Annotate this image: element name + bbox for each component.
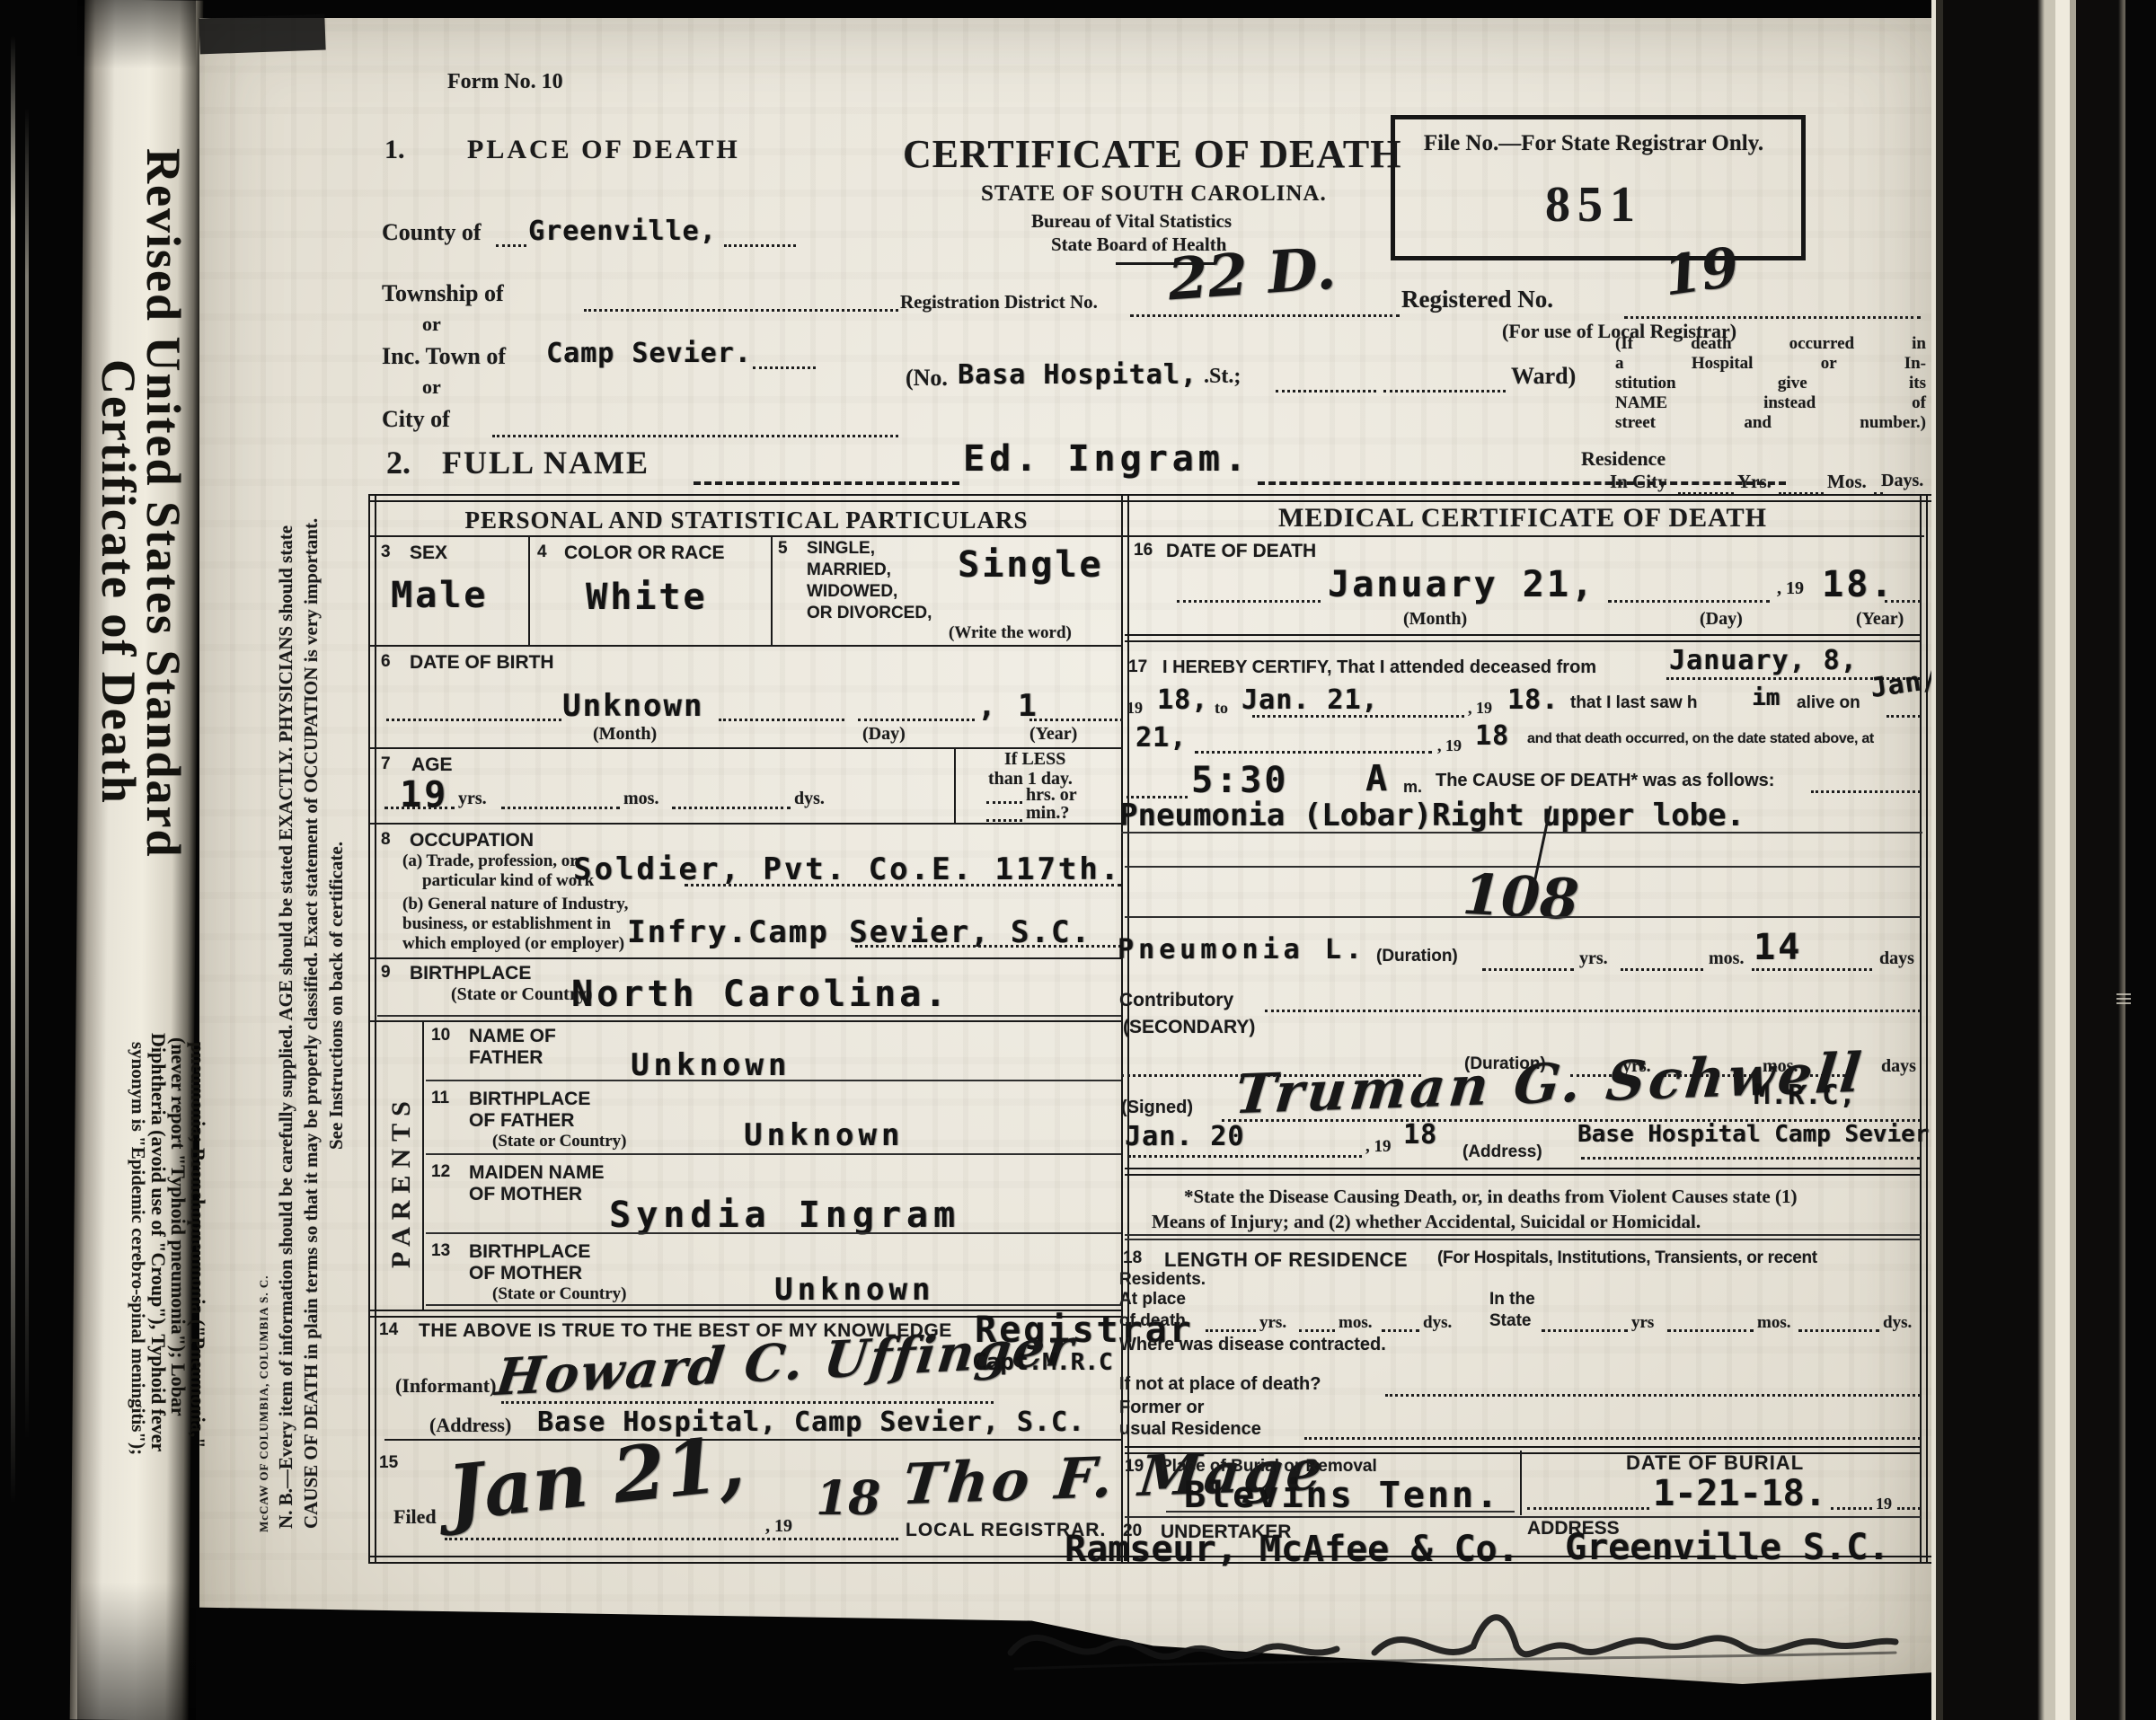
printer-credit: McCAW OF COLUMBIA, COLUMBIA S. C. (257, 1275, 271, 1532)
certify-year1-value: 18, (1157, 684, 1208, 716)
rule (1125, 1516, 1921, 1518)
parents-label: PARENTS (386, 1094, 417, 1268)
county-value: Greenville, (528, 216, 717, 247)
rule (370, 823, 1123, 825)
burial-label: Place of Burial or Removal (1161, 1457, 1377, 1477)
scan-streak (25, 108, 29, 1509)
time-A-value: A (1365, 758, 1390, 799)
age-less-line1: If LESS (1004, 749, 1065, 770)
mother-name-label1: MAIDEN NAME (469, 1162, 605, 1184)
father-name-value: Unknown (631, 1047, 791, 1083)
dotted-leader (384, 807, 455, 809)
mother-name-value: Syndia Ingram (609, 1195, 960, 1236)
certify-lastsaw-printed: that I last saw h (1570, 693, 1697, 713)
cause-value: Pneumonia (Lobar)Right upper lobe. (1119, 798, 1745, 834)
entry-underline (426, 1153, 1121, 1155)
at-place-dys: dys. (1423, 1313, 1452, 1333)
county-label: County of (382, 219, 482, 246)
father-name-number: 10 (431, 1026, 450, 1045)
former-label1: Former or (1119, 1398, 1204, 1418)
marital-option-married: MARRIED, (807, 560, 891, 580)
residence-days-label: Days. (1881, 471, 1923, 491)
at-place-label1: At place (1119, 1290, 1186, 1310)
filed-year-script: 18 (816, 1471, 880, 1526)
dotted-leader (1385, 1394, 1921, 1397)
entry-underline (1121, 832, 1922, 834)
cell-divider (528, 537, 530, 645)
item1-title: PLACE OF DEATH (467, 135, 740, 165)
father-bp-label1: BIRTHPLACE (469, 1089, 590, 1110)
filed-19-printed: , 19 (765, 1516, 792, 1537)
father-name-label2: FATHER (469, 1047, 543, 1069)
dotted-leader (1608, 600, 1770, 603)
parents-inner-border (422, 1020, 424, 1310)
marital-write-note: (Write the word) (949, 623, 1072, 643)
undertaker-address-value: Greenville S.C. (1565, 1527, 1889, 1568)
inc-town-value: Camp Sevier. (546, 338, 752, 369)
certify-day3-value: 21, (1135, 722, 1187, 754)
rule (1125, 1234, 1921, 1236)
registration-district-label: Registration District No. (900, 291, 1098, 313)
footnote-line2: Means of Injury; and (2) whether Acciden… (1152, 1211, 1701, 1233)
dob-label: DATE OF BIRTH (410, 652, 554, 674)
marital-option-widowed: WIDOWED, (807, 582, 897, 602)
duration-label: (Duration) (1376, 947, 1458, 966)
undertaker-value: Ramseur, McAfee & Co. (1065, 1529, 1519, 1570)
left-border (368, 496, 376, 1562)
occupation-number: 8 (381, 830, 391, 850)
father-bp-value: Unknown (744, 1117, 904, 1153)
occupation-b-label3: which employed (or employer) (402, 934, 624, 954)
in-the-label: In the (1489, 1290, 1535, 1310)
dotted-leader (753, 366, 816, 369)
personal-title: PERSONAL AND STATISTICAL PARTICULARS (370, 507, 1123, 534)
dotted-leader (1886, 715, 1921, 718)
burial-date-label: DATE OF BURIAL (1626, 1451, 1804, 1475)
dotted-leader (1811, 790, 1921, 793)
certify-19-printed: 19 (1127, 699, 1143, 718)
sex-number: 3 (381, 542, 391, 562)
dotted-leader (724, 244, 796, 247)
duration2-days-label: days (1881, 1056, 1916, 1077)
dod-day-caption: (Day) (1700, 609, 1743, 630)
right-border (1920, 496, 1928, 1562)
dotted-leader (1128, 1155, 1362, 1158)
signed-address-value: Base Hospital Camp Sevier (1577, 1121, 1929, 1148)
dotted-leader (1130, 314, 1400, 317)
illegible-handwriting (988, 1597, 1922, 1682)
former-label2: usual Residence (1119, 1419, 1261, 1440)
file-box-title: File No.—For State Registrar Only. (1403, 131, 1784, 156)
fullname-number: 2. (386, 444, 411, 481)
dob-month-value: Unknown (562, 688, 703, 724)
double-rule (1125, 634, 1921, 642)
occupation-label: OCCUPATION (410, 830, 534, 851)
dod-year-caption: (Year) (1856, 609, 1904, 630)
age-dys-label: dys. (794, 789, 825, 809)
time-value: 5:30 (1191, 760, 1288, 801)
residence-length-note2: Residents. (1119, 1270, 1206, 1290)
hospital-note-line: street and number.) (1615, 413, 1926, 433)
dotted-leader (1581, 1157, 1921, 1160)
not-at-place-label: If not at place of death? (1119, 1374, 1321, 1395)
residence-label: Residence (1581, 447, 1666, 471)
scan-blemish (199, 14, 325, 55)
race-value: White (586, 577, 707, 618)
entry-underline (426, 1304, 1121, 1306)
in-state-yrs: yrs (1631, 1313, 1654, 1333)
margin-note-line1: N. B.—Every item of information should b… (275, 525, 297, 1529)
registered-value: 19 (1660, 236, 1743, 309)
at-place-yrs: yrs. (1259, 1313, 1286, 1333)
certify-number: 17 (1128, 657, 1147, 677)
hospital-note-line: stitution give its (1615, 374, 1926, 393)
father-bp-number: 11 (431, 1089, 449, 1108)
sex-value: Male (391, 575, 488, 616)
duration-mos-label: mos. (1709, 948, 1744, 969)
cell-divider (1520, 1451, 1522, 1515)
age-label: AGE (411, 754, 453, 776)
or-label: or (422, 375, 441, 399)
signed-year-value: 18 (1403, 1119, 1437, 1151)
dotted-leader (1897, 1507, 1921, 1510)
state-line: STATE OF SOUTH CAROLINA. (981, 181, 1327, 207)
dashed-leader (1529, 481, 1786, 485)
time-m-label: m. (1403, 778, 1422, 797)
race-label: COLOR OR RACE (564, 542, 725, 564)
certify-from-value: January, 8, (1669, 645, 1858, 676)
certificate-title: CERTIFICATE OF DEATH (903, 131, 1401, 177)
father-bp-caption: (State or Country) (492, 1132, 627, 1151)
rule (1125, 1239, 1921, 1240)
dotted-leader (584, 309, 898, 312)
residence-length-label: LENGTH OF RESIDENCE (1164, 1248, 1408, 1272)
certify-19-printed3: , 19 (1437, 737, 1462, 755)
rule (370, 1020, 1123, 1022)
age-mos-label: mos. (623, 789, 658, 809)
birthplace-number: 9 (381, 963, 391, 983)
contributory-label: Contributory (1119, 990, 1233, 1011)
dashed-leader (694, 481, 959, 485)
signed-address-label: (Address) (1462, 1142, 1542, 1162)
dotted-leader (501, 807, 620, 809)
disease-contracted-label: Where was disease contracted. (1119, 1335, 1386, 1355)
dob-year-caption: (Year) (1029, 724, 1077, 745)
occupation-a-value: Soldier, Pvt. Co.E. 117th. (573, 851, 1121, 887)
dod-label: DATE OF DEATH (1166, 541, 1316, 562)
occupation-b-label2: business, or establishment in (402, 914, 611, 934)
item1-number: 1. (384, 135, 405, 165)
signed-19-printed: , 19 (1365, 1137, 1392, 1157)
dotted-leader (1276, 390, 1376, 393)
burial-number: 19 (1125, 1457, 1144, 1477)
dotted-leader (1798, 1329, 1879, 1332)
form-number: Form No. 10 (447, 70, 563, 94)
truth-number: 14 (379, 1320, 398, 1340)
certify-year3-value: 18 (1475, 720, 1509, 752)
dotted-leader (1304, 1437, 1921, 1440)
informant-label: (Informant) (395, 1374, 496, 1398)
duration-yrs-label: yrs. (1579, 948, 1608, 969)
filed-label: Filed (393, 1505, 437, 1529)
at-place-label2: of death (1119, 1311, 1186, 1331)
entry-underline (426, 1080, 1121, 1081)
bureau-line: Bureau of Vital Statistics (1031, 210, 1232, 233)
dotted-leader (1667, 1329, 1754, 1332)
dashed-leader (1258, 481, 1525, 485)
hospital-note-line: (If death occurred in (1615, 334, 1926, 354)
city-label: City of (382, 406, 450, 433)
birthplace-value: North Carolina. (571, 974, 950, 1015)
dotted-leader (1383, 390, 1506, 393)
spine-shading (77, 0, 196, 1720)
sex-label: SEX (410, 542, 447, 564)
dotted-leader (1177, 600, 1321, 603)
age-number: 7 (381, 754, 391, 774)
burial-date-value: 1-21-18. (1653, 1473, 1826, 1514)
hospital-note-line: NAME instead of (1615, 393, 1926, 413)
dotted-leader (1482, 968, 1574, 971)
hospital-note-line: a Hospital or In- (1615, 354, 1926, 374)
dod-month-value: January 21, (1328, 564, 1595, 605)
entry-underline (426, 1232, 1121, 1234)
dod-month-caption: (Month) (1403, 609, 1467, 630)
file-number-value: 851 (1403, 176, 1784, 234)
cell-divider (954, 747, 956, 823)
burial-19-printed: 19 (1876, 1495, 1892, 1513)
dotted-leader (1029, 719, 1123, 721)
in-state-dys: dys. (1883, 1313, 1912, 1333)
residence-mos-label: Mos. (1827, 471, 1867, 493)
dob-day-caption: (Day) (862, 724, 906, 745)
rule (370, 957, 1123, 959)
cause-code-script: 108 (1461, 861, 1580, 933)
mother-name-label2: OF MOTHER (469, 1184, 582, 1205)
double-rule (368, 494, 1931, 502)
registered-label: Registered No. (1401, 286, 1553, 313)
scan-mark (2116, 993, 2131, 1004)
mother-bp-caption: (State or Country) (492, 1284, 627, 1304)
dotted-leader (1621, 968, 1703, 971)
physician-title: M.R.C, (1754, 1080, 1856, 1111)
marital-value: Single (958, 544, 1104, 586)
occupation-a-label2: particular kind of work (422, 871, 594, 891)
dotted-leader (1265, 1010, 1921, 1012)
scan-streak (11, 36, 15, 1581)
age-value: 19 (400, 774, 448, 816)
dotted-leader (445, 1538, 898, 1540)
footnote-line1: *State the Disease Causing Death, or, in… (1184, 1186, 1797, 1208)
race-number: 4 (537, 542, 547, 562)
signed-label: (Signed) (1121, 1098, 1193, 1118)
residence-length-note1: (For Hospitals, Institutions, Transients… (1437, 1248, 1817, 1268)
marital-number: 5 (778, 539, 788, 559)
state-label: State (1489, 1311, 1531, 1331)
double-rule (1125, 1168, 1921, 1176)
street-st-label: .St.; (1204, 365, 1241, 389)
at-place-mos: mos. (1339, 1313, 1372, 1333)
dob-number: 6 (381, 652, 391, 672)
duration-prefix-typed: Pneumonia L. (1118, 934, 1366, 966)
dotted-leader (1752, 968, 1872, 971)
dotted-leader (1299, 1329, 1335, 1332)
dod-19-printed: , 19 (1777, 578, 1804, 599)
dotted-leader (685, 884, 1121, 886)
dotted-leader (858, 719, 975, 721)
signed-date-value: Jan. 20 (1125, 1121, 1244, 1152)
dotted-leader (1527, 1507, 1649, 1510)
entry-underline (1166, 1511, 1515, 1513)
dotted-leader (719, 719, 844, 721)
ward-label: Ward) (1511, 363, 1576, 390)
dob-month-caption: (Month) (593, 724, 657, 745)
certify-him-typed: im (1752, 684, 1780, 711)
dotted-leader (1885, 600, 1921, 603)
margin-note-line2: CAUSE OF DEATH in plain terms so that it… (300, 518, 323, 1529)
mother-bp-label1: BIRTHPLACE (469, 1241, 590, 1263)
fullname-value: Ed. Ingram. (963, 438, 1250, 480)
occupation-b-label1: (b) General nature of Industry, (402, 895, 628, 914)
residence-length-number: 18 (1123, 1248, 1142, 1268)
blank-rule (1125, 916, 1921, 918)
certify-to-printed: to (1215, 699, 1228, 718)
certify-line3-printed: and that death occurred, on the date sta… (1527, 731, 1874, 747)
age-less-line4: min.? (1026, 803, 1069, 824)
mother-bp-label2: OF MOTHER (469, 1263, 582, 1284)
margin-note-line3: See Instructions on back of certificate. (325, 842, 348, 1150)
dotted-leader (672, 807, 791, 809)
secondary-label: (SECONDARY) (1123, 1017, 1255, 1038)
rule (370, 535, 1924, 537)
age-yrs-label: yrs. (458, 789, 487, 809)
filed-number: 15 (379, 1453, 398, 1473)
dotted-leader (855, 945, 1121, 948)
mother-bp-number: 13 (431, 1241, 450, 1261)
fullname-label: FULL NAME (442, 444, 649, 481)
or-label: or (422, 313, 441, 336)
in-state-mos: mos. (1757, 1313, 1790, 1333)
informant-title: Capt.M.R.C (972, 1349, 1113, 1376)
informant-address-label: (Address) (429, 1414, 511, 1437)
cell-divider (771, 537, 773, 645)
mother-name-number: 12 (431, 1162, 450, 1182)
certify-year2-value: 18. (1507, 684, 1559, 716)
certify-19-printed2: , 19 (1468, 699, 1492, 718)
dotted-leader (492, 435, 898, 437)
duration-days-value: 14 (1754, 927, 1802, 968)
dotted-leader (1831, 1507, 1872, 1510)
marital-option-divorced: OR DIVORCED, (807, 604, 932, 623)
entry-underline (384, 1439, 1123, 1441)
certify-line1: I HEREBY CERTIFY, That I attended deceas… (1162, 657, 1596, 678)
registration-district-value: 22 D. (1166, 235, 1339, 314)
certify-date2-value: Jan. 21, (1241, 684, 1379, 716)
dotted-leader (386, 719, 561, 721)
certify-alive-printed: alive on (1797, 693, 1860, 713)
dotted-leader (1624, 316, 1921, 319)
right-scan-margin (1931, 0, 2156, 1720)
duration-days-label: days (1879, 948, 1914, 969)
dotted-leader (501, 1401, 994, 1404)
dotted-leader (1252, 715, 1464, 718)
father-name-label1: NAME OF (469, 1026, 556, 1047)
dotted-leader (986, 801, 1022, 804)
medical-title: MEDICAL CERTIFICATE OF DEATH (1125, 503, 1921, 534)
dotted-leader (1382, 1329, 1419, 1332)
dod-number: 16 (1134, 541, 1153, 560)
birthplace-label: BIRTHPLACE (410, 963, 531, 984)
street-no-label: (No. (906, 365, 948, 392)
inc-town-label: Inc. Town of (382, 343, 506, 370)
scanned-death-certificate: Revised United States Standard Certifica… (0, 0, 2156, 1720)
cause-label: The CAUSE OF DEATH* was as follows: (1436, 771, 1774, 791)
dotted-leader (496, 244, 526, 247)
dotted-leader (1542, 1329, 1628, 1332)
street-value: Basa Hospital, (958, 359, 1197, 391)
entry-underline (377, 1015, 1121, 1017)
dotted-leader (1206, 1329, 1256, 1332)
marital-option-single: SINGLE, (807, 539, 875, 559)
father-bp-label2: OF FATHER (469, 1110, 574, 1132)
mother-bp-value: Unknown (774, 1272, 934, 1308)
dotted-leader (986, 819, 1022, 822)
rule (370, 645, 1123, 647)
dotted-leader (1195, 751, 1432, 754)
township-label: Township of (382, 280, 504, 307)
occupation-a-label1: (a) Trade, profession, or (402, 851, 578, 871)
